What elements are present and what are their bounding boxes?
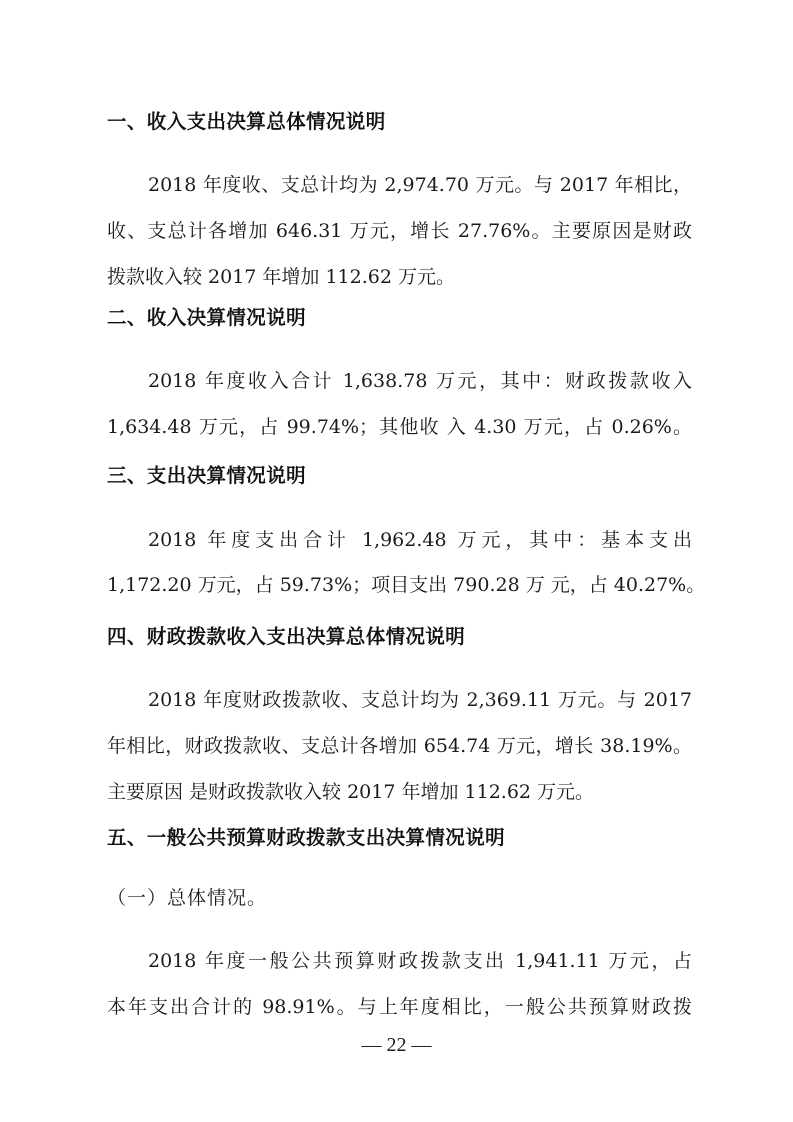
section-5-paragraph-line-2: 本年支出合计的 98.91%。与上年度相比，一般公共预算财政拨	[107, 995, 692, 1019]
section-2-paragraph-line-2: 1,634.48 万元，占 99.74%；其他收 入 4.30 万元，占 0.2…	[107, 415, 692, 439]
document-page: 一、收入支出决算总体情况说明 2018 年度收、支总计均为 2,974.70 万…	[0, 0, 793, 1122]
section-5-subheading: （一）总体情况。	[107, 886, 267, 910]
section-2-heading: 二、收入决算情况说明	[107, 306, 306, 330]
section-1-heading: 一、收入支出决算总体情况说明	[107, 110, 386, 134]
section-1-paragraph-line-2: 收、支总计各增加 646.31 万元，增长 27.76%。主要原因是财政	[107, 219, 692, 243]
section-1-paragraph-line-3: 拨款收入较 2017 年增加 112.62 万元。	[107, 265, 692, 289]
section-4-paragraph-line-1: 2018 年度财政拨款收、支总计均为 2,369.11 万元。与 2017	[148, 688, 692, 712]
section-4-heading: 四、财政拨款收入支出决算总体情况说明	[107, 625, 465, 649]
section-1-paragraph-line-1: 2018 年度收、支总计均为 2,974.70 万元。与 2017 年相比，	[148, 173, 692, 197]
section-3-paragraph-line-1: 2018 年度支出合计 1,962.48 万元，其中：基本支出	[148, 528, 692, 552]
section-2-paragraph-line-1: 2018 年度收入合计 1,638.78 万元，其中：财政拨款收入	[148, 369, 692, 393]
section-3-heading: 三、支出决算情况说明	[107, 464, 306, 488]
section-4-paragraph-line-2: 年相比，财政拨款收、支总计各增加 654.74 万元，增长 38.19%。	[107, 734, 692, 758]
section-5-heading: 五、一般公共预算财政拨款支出决算情况说明	[107, 826, 505, 850]
section-3-paragraph-line-2: 1,172.20 万元，占 59.73%；项目支出 790.28 万 元，占 4…	[107, 573, 692, 597]
section-5-paragraph-line-1: 2018 年度一般公共预算财政拨款支出 1,941.11 万元，占	[148, 949, 692, 973]
section-4-paragraph-line-3: 主要原因 是财政拨款收入较 2017 年增加 112.62 万元。	[107, 780, 692, 804]
page-number: — 22 —	[0, 1033, 793, 1057]
